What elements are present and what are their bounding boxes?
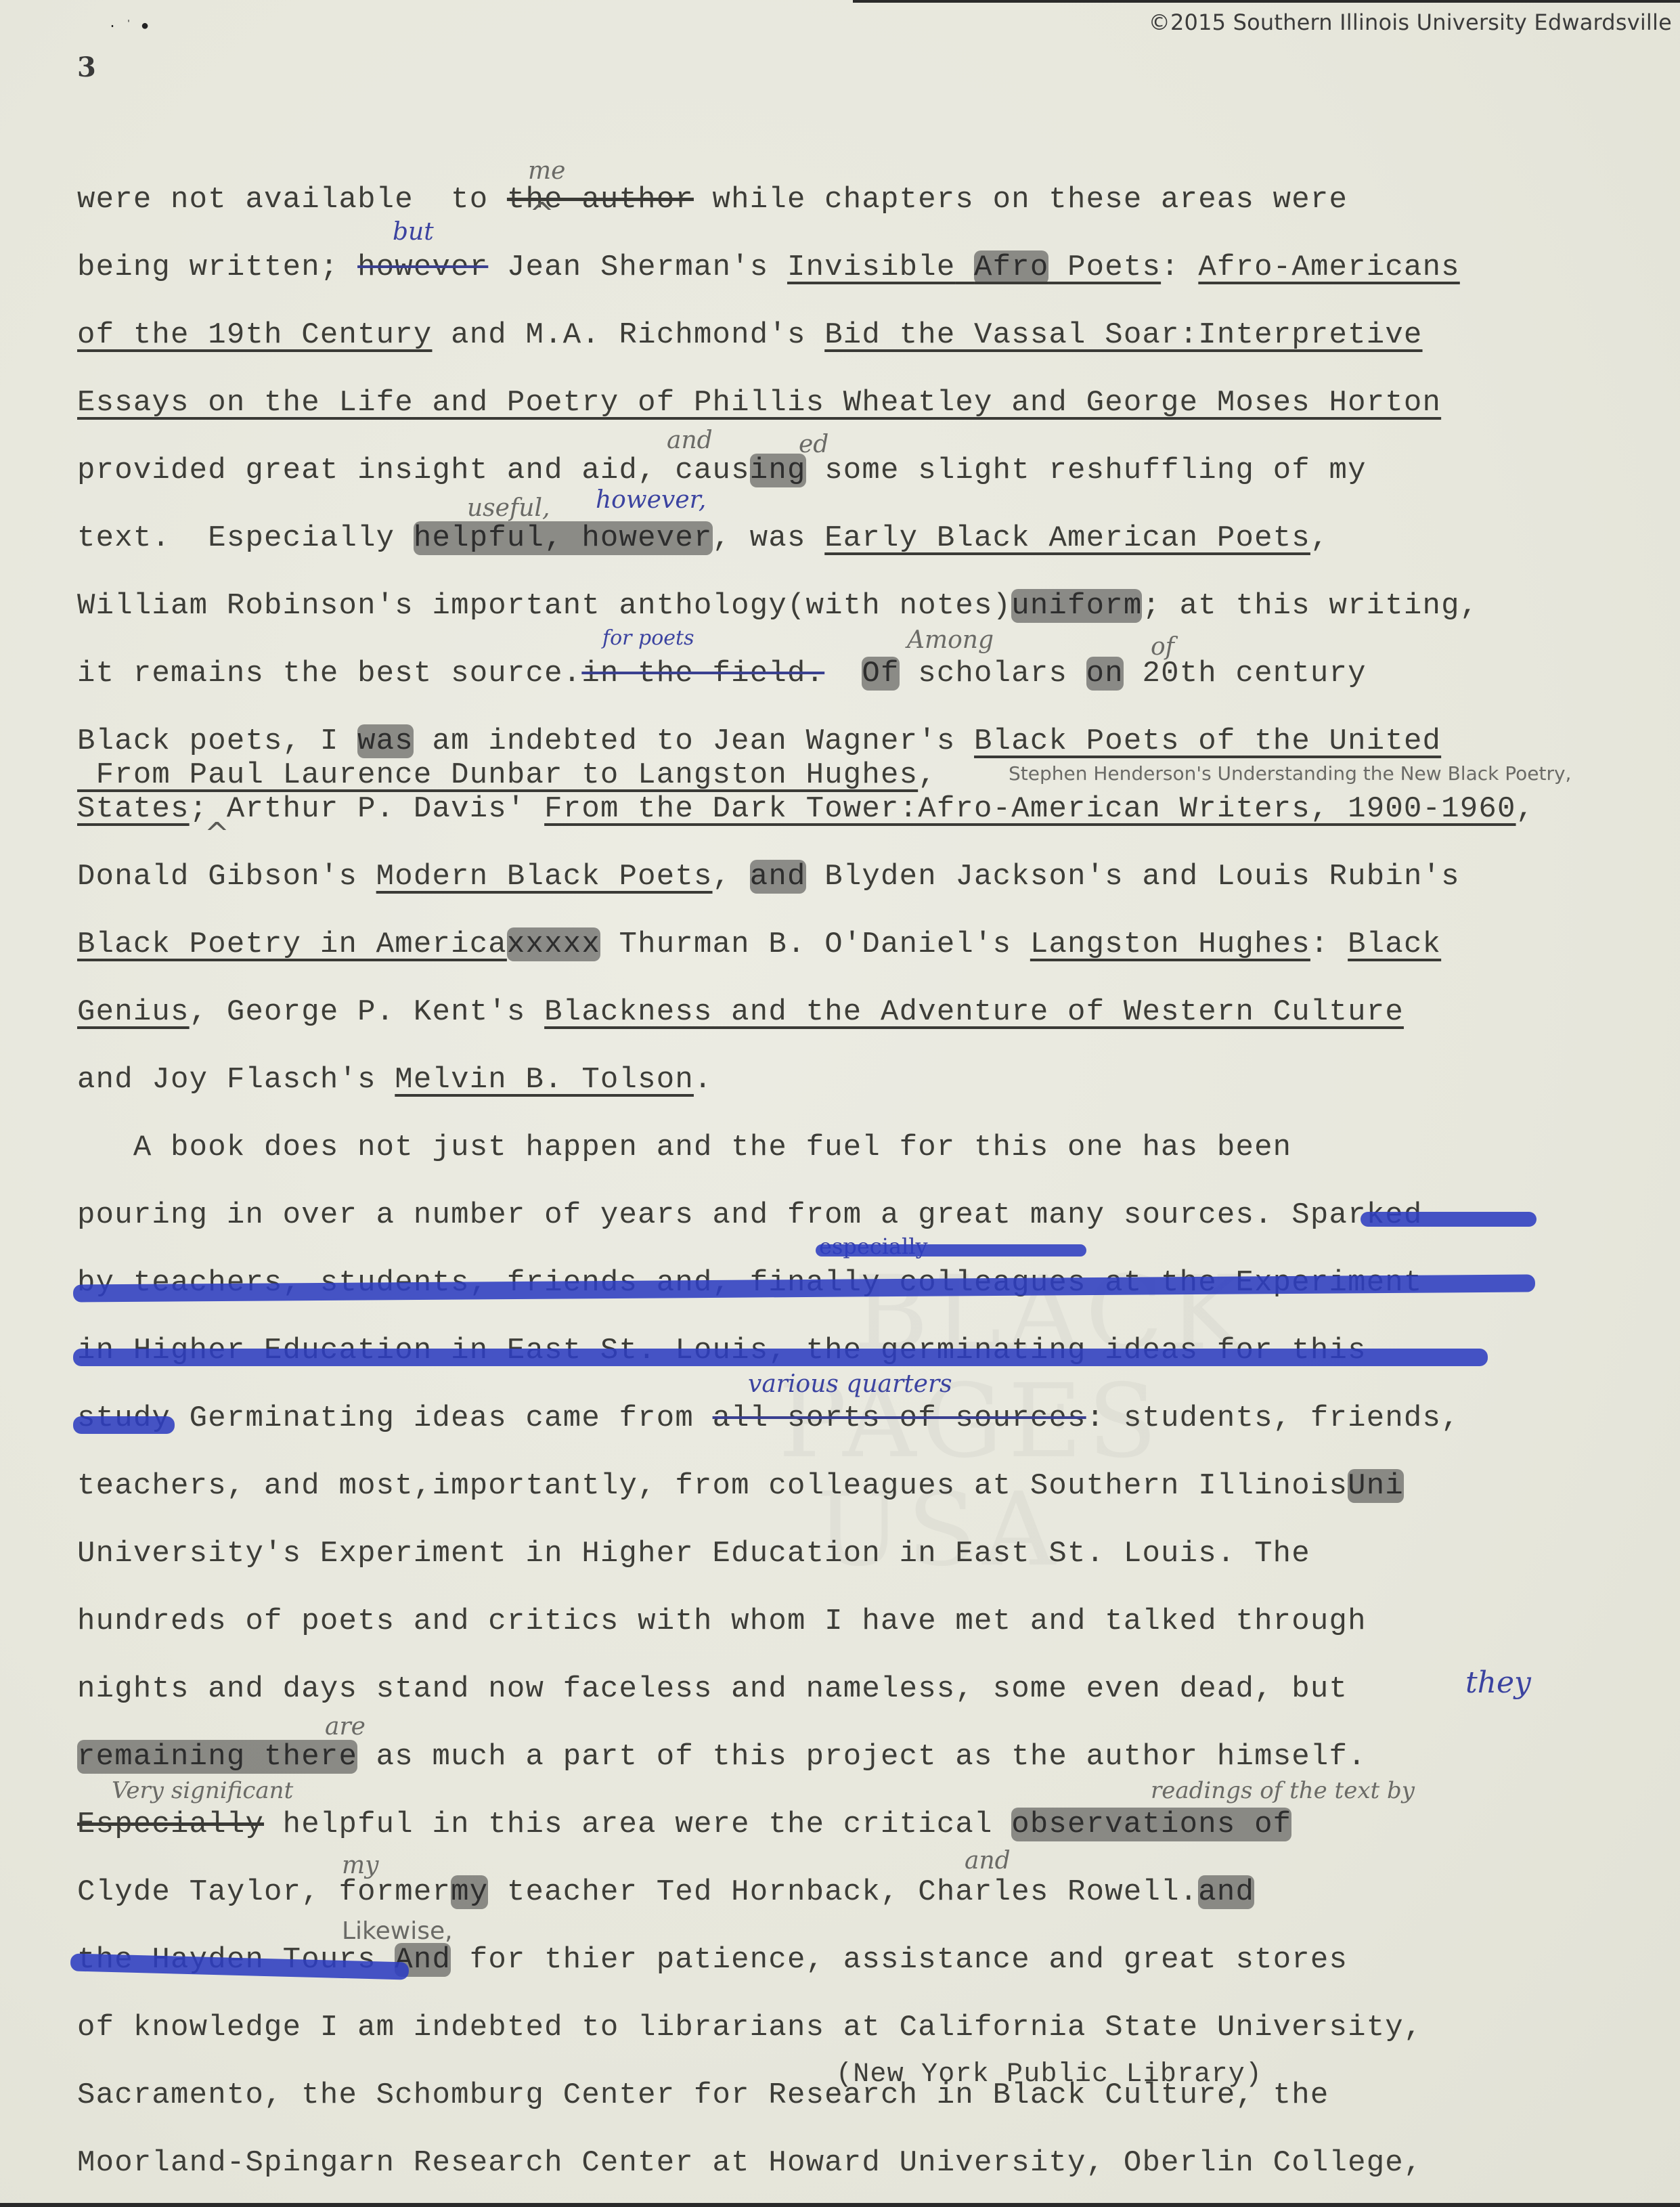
text-line-1: were not available to the author while c… — [77, 183, 1348, 217]
text: ; at this writing, — [1142, 589, 1478, 623]
text-line-14: Genius, George P. Kent's Blackness and t… — [77, 995, 1404, 1029]
text: am indebted to Jean Wagner's — [414, 724, 974, 758]
typed-insertion-nypl: (New York Public Library) — [836, 2058, 1262, 2092]
text: Moorland-Spingarn Research Center at How… — [77, 2146, 1423, 2180]
annotation-and: and — [667, 427, 713, 454]
blue-marker-strike — [1361, 1212, 1537, 1227]
text-line-24: nights and days stand now faceless and n… — [77, 1672, 1348, 1706]
book-title: Bid the Vassal Soar:Interpretive — [824, 318, 1422, 352]
book-title: From Paul Laurence Dunbar to Langston Hu… — [77, 758, 918, 792]
annotation-very-significant: Very significant — [112, 1777, 293, 1804]
copyright-watermark: ©2015 Southern Illinois University Edwar… — [1149, 9, 1672, 35]
text: , was — [713, 521, 825, 555]
struck-text: however — [357, 250, 488, 284]
annotation-my: my — [342, 1852, 378, 1879]
text: pouring in over a number of years and fr… — [77, 1198, 1291, 1232]
ink-specks: · ˈ ● — [108, 19, 149, 35]
text-line-11: States; Arthur P. Davis' From the Dark T… — [77, 792, 1534, 826]
book-title: States — [77, 792, 190, 826]
smudged-text: observations of — [1011, 1808, 1291, 1841]
smudged-text: remaining there — [77, 1740, 357, 1774]
text: , George P. Kent's — [190, 995, 544, 1029]
text: teacher Ted Hornback, Charles Rowell. — [488, 1875, 1198, 1909]
text: Black poets, I — [77, 724, 357, 758]
text: University's Experiment in Higher Educat… — [77, 1537, 1310, 1571]
scan-edge-bottom — [0, 2203, 1680, 2207]
smudged-text: Afro — [974, 250, 1048, 284]
book-title: Langston Hughes — [1030, 927, 1310, 961]
text-line-5: provided great insight and aid, causing … — [77, 454, 1367, 487]
text: , — [1516, 792, 1535, 826]
text — [824, 657, 862, 691]
blue-marker-strike — [816, 1244, 1086, 1257]
text: , — [1310, 521, 1329, 555]
text: Germinating ideas came from — [171, 1401, 713, 1435]
text: for thier patience, assistance and great… — [451, 1943, 1348, 1977]
annotation-they: they — [1465, 1665, 1531, 1700]
text: of knowledge I am indebted to librarians… — [77, 2011, 1423, 2045]
smudged-text: ing — [750, 454, 806, 487]
book-title: Essays on the Life and Poetry of Phillis… — [77, 386, 1441, 420]
book-title: Black Poets of the United — [974, 724, 1441, 758]
text-line-23: hundreds of poets and critics with whom … — [77, 1604, 1367, 1638]
text-line-2: being written; however Jean Sherman's In… — [77, 250, 1460, 284]
text: scholars — [900, 657, 1086, 691]
smudged-text: xxxxx — [507, 927, 600, 961]
text: provided great insight and aid, caus — [77, 454, 750, 487]
annotation-among: Among — [907, 626, 994, 654]
text: William Robinson's important anthology(w… — [77, 589, 1011, 623]
text: : — [1161, 250, 1198, 284]
text: , — [713, 860, 750, 894]
text-line-27: Clyde Taylor, formermy teacher Ted Hornb… — [77, 1875, 1254, 1909]
annotation-various-quarters: various quarters — [748, 1370, 952, 1398]
book-title: Afro-Americans — [1198, 250, 1459, 284]
book-title: From the Dark Tower:Afro-American Writer… — [544, 792, 1516, 826]
smudged-text: Uni — [1348, 1469, 1404, 1503]
smudged-text: my — [451, 1875, 488, 1909]
annotation-and: and — [965, 1847, 1011, 1875]
book-title: Early Black American Poets — [824, 521, 1310, 555]
text: nights and days stand now faceless and n… — [77, 1672, 1348, 1706]
book-title: Invisible — [787, 250, 955, 284]
text-line-17: pouring in over a number of years and fr… — [77, 1198, 1423, 1232]
blue-marker-strike — [73, 1416, 175, 1434]
book-title: of the 19th Century — [77, 318, 432, 352]
text: some slight reshuffling of my — [806, 454, 1367, 487]
annotation-but: but — [393, 218, 434, 246]
text: while chapters on these areas were — [694, 183, 1348, 217]
text-line-13: Black Poetry in Americaxxxxx Thurman B. … — [77, 927, 1441, 961]
annotation-for-poets: for poets — [602, 626, 694, 650]
annotation-readings-of-the-text-by: readings of the text by — [1151, 1777, 1415, 1804]
text: Thurman B. O'Daniel's — [600, 927, 1030, 961]
text: Clyde Taylor, former — [77, 1875, 451, 1909]
annotation-me: me — [528, 157, 565, 185]
text: , — [918, 758, 937, 792]
smudged-text: on — [1086, 657, 1124, 691]
smudged-text: and — [1198, 1875, 1254, 1909]
text: text. Especially — [77, 521, 414, 555]
annotation-ed: ed — [799, 431, 828, 458]
text-line-12: Donald Gibson's Modern Black Poets, and … — [77, 860, 1460, 894]
text-line-6: text. Especially helpful, however, was E… — [77, 521, 1329, 555]
text-line-10: From Paul Laurence Dunbar to Langston Hu… — [77, 758, 937, 792]
text-line-15: and Joy Flasch's Melvin B. Tolson. — [77, 1063, 713, 1097]
text-line-9: Black poets, I was am indebted to Jean W… — [77, 724, 1441, 758]
page-number: 3 — [77, 51, 96, 83]
annotation-likewise: Likewise, — [342, 1917, 453, 1945]
book-title: Poets — [1048, 250, 1161, 284]
text-line-26: Especially helpful in this area were the… — [77, 1808, 1291, 1841]
text — [955, 250, 974, 284]
text-line-22: University's Experiment in Higher Educat… — [77, 1537, 1310, 1571]
annotation-however: however, — [596, 486, 706, 514]
text: : students, friends, — [1086, 1401, 1460, 1435]
book-title: Black — [1348, 927, 1441, 961]
text: helpful in this area were the critical — [264, 1808, 1011, 1841]
text-line-3: of the 19th Century and M.A. Richmond's … — [77, 318, 1423, 352]
text: were not available to — [77, 183, 507, 217]
annotation-henderson: Stephen Henderson's Understanding the Ne… — [1009, 762, 1571, 785]
text-line-25: remaining there as much a part of this p… — [77, 1740, 1367, 1774]
struck-text: Especially — [77, 1808, 264, 1841]
text: ; Arthur P. Davis' — [190, 792, 544, 826]
text: and Joy Flasch's — [77, 1063, 395, 1097]
text-line-20: study Germinating ideas came from all so… — [77, 1401, 1460, 1435]
blue-marker-strike — [73, 1349, 1488, 1366]
smudged-text: Of — [862, 657, 899, 691]
text: . — [694, 1063, 713, 1097]
text: teachers, and most,importantly, from col… — [77, 1469, 1348, 1503]
text: being written; — [77, 250, 357, 284]
smudged-text: and — [750, 860, 806, 894]
book-title: Modern Black Poets — [376, 860, 713, 894]
text: it remains the best source. — [77, 657, 581, 691]
text-line-4: Essays on the Life and Poetry of Phillis… — [77, 386, 1441, 420]
text-line-8: it remains the best source.in the field.… — [77, 657, 1367, 691]
book-title: Blackness and the Adventure of Western C… — [544, 995, 1404, 1029]
text: Jean Sherman's — [488, 250, 787, 284]
book-title: Melvin B. Tolson — [395, 1063, 694, 1097]
smudged-text: was — [357, 724, 414, 758]
text: hundreds of poets and critics with whom … — [77, 1604, 1367, 1638]
smudged-text: uniform — [1011, 589, 1142, 623]
smudged-text: helpful, however — [414, 521, 713, 555]
annotation-of: of — [1151, 633, 1174, 661]
text-line-7: William Robinson's important anthology(w… — [77, 589, 1478, 623]
text: Blyden Jackson's and Louis Rubin's — [806, 860, 1460, 894]
text-line-21: teachers, and most,importantly, from col… — [77, 1469, 1404, 1503]
book-title: Black Poetry in America — [77, 927, 507, 961]
annotation-useful: useful, — [467, 494, 550, 522]
text: Donald Gibson's — [77, 860, 376, 894]
text: 20th century — [1124, 657, 1367, 691]
struck-text: in the field. — [581, 657, 824, 691]
text-line-29: of knowledge I am indebted to librarians… — [77, 2011, 1423, 2045]
text: as much a part of this project as the au… — [357, 1740, 1367, 1774]
struck-text: all sorts of sources — [713, 1401, 1086, 1435]
text: : — [1310, 927, 1348, 961]
book-title: Genius — [77, 995, 190, 1029]
caret-mark: ^ — [204, 816, 229, 851]
text-line-31: Moorland-Spingarn Research Center at How… — [77, 2146, 1423, 2180]
manuscript-page: BLACK PAGES USA ©2015 Southern Illinois … — [0, 0, 1680, 2207]
text-line-16: A book does not just happen and the fuel… — [77, 1131, 1291, 1164]
annotation-are: are — [325, 1713, 366, 1741]
paragraph-start: A book does not just happen and the fuel… — [77, 1131, 1291, 1164]
caret-mark: ^ — [529, 196, 554, 231]
text: and M.A. Richmond's — [432, 318, 824, 352]
scan-edge-top — [853, 0, 1680, 3]
